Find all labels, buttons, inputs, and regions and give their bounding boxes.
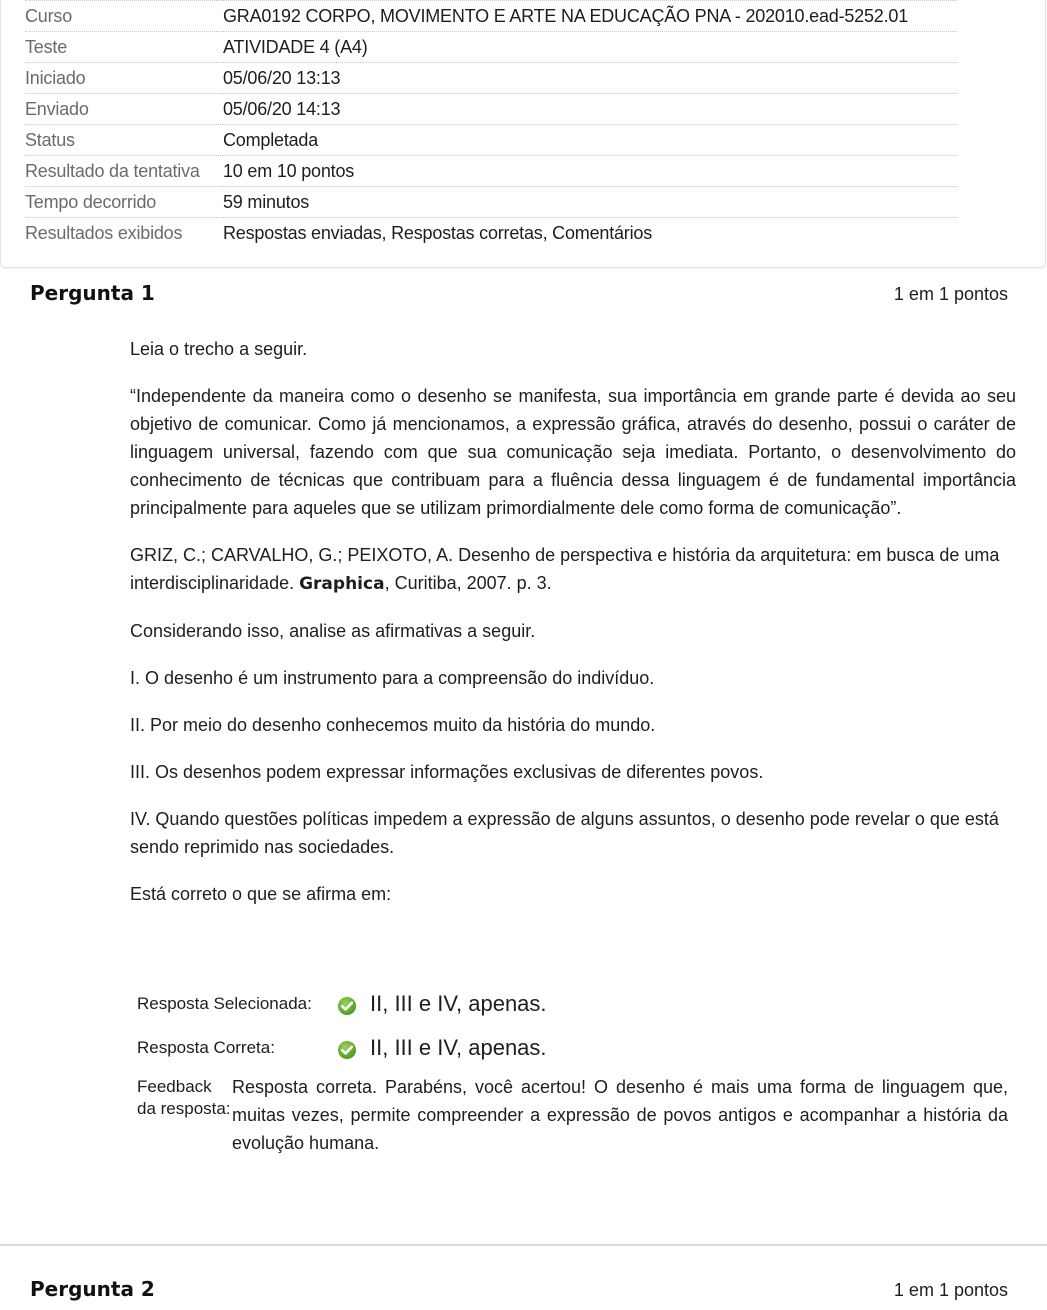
summary-row-resultado: Resultado da tentativa 10 em 10 pontos (25, 156, 957, 187)
question-2-header: Pergunta 2 1 em 1 pontos (30, 1277, 1008, 1301)
selected-answer-label: Resposta Selecionada: (137, 994, 337, 1014)
feedback-text: Resposta correta. Parabéns, você acertou… (232, 1073, 1008, 1157)
summary-row-teste: Teste ATIVIDADE 4 (A4) (25, 32, 957, 63)
question-points: 1 em 1 pontos (894, 1280, 1008, 1301)
question-title: Pergunta 1 (30, 281, 155, 305)
question-1-body: Leia o trecho a seguir. “Independente da… (130, 335, 1016, 927)
statement-1: I. O desenho é um instrumento para a com… (130, 664, 1016, 692)
summary-value: Respostas enviadas, Respostas corretas, … (223, 218, 957, 249)
summary-value: ATIVIDADE 4 (A4) (223, 32, 957, 63)
summary-value: 05/06/20 14:13 (223, 94, 957, 125)
summary-label: Iniciado (25, 63, 223, 94)
summary-label: Resultado da tentativa (25, 156, 223, 187)
summary-row-curso: Curso GRA0192 CORPO, MOVIMENTO E ARTE NA… (25, 1, 957, 32)
selected-answer-row: Resposta Selecionada: II, III e IV, apen… (137, 982, 1017, 1026)
statement-3: III. Os desenhos podem expressar informa… (130, 758, 1016, 786)
summary-row-tempo: Tempo decorrido 59 minutos (25, 187, 957, 218)
citation-text: GRIZ, C.; CARVALHO, G.; PEIXOTO, A. Dese… (130, 545, 999, 593)
question-1-answers: Resposta Selecionada: II, III e IV, apen… (137, 982, 1017, 1157)
selected-answer: II, III e IV, apenas. (337, 991, 547, 1017)
check-circle-icon (337, 1040, 357, 1060)
summary-value: GRA0192 CORPO, MOVIMENTO E ARTE NA EDUCA… (223, 1, 957, 32)
citation-text: , Curitiba, 2007. p. 3. (385, 573, 552, 593)
summary-value: 59 minutos (223, 187, 957, 218)
correct-answer: II, III e IV, apenas. (337, 1035, 547, 1061)
citation-journal: Graphica (299, 574, 384, 594)
attempt-summary-panel: Curso GRA0192 CORPO, MOVIMENTO E ARTE NA… (0, 0, 1046, 268)
question-citation: GRIZ, C.; CARVALHO, G.; PEIXOTO, A. Dese… (130, 541, 1016, 598)
summary-value: 10 em 10 pontos (223, 156, 957, 187)
summary-value: 05/06/20 13:13 (223, 63, 957, 94)
question-1-header: Pergunta 1 1 em 1 pontos (30, 281, 1008, 305)
question-prompt: Está correto o que se afirma em: (130, 880, 1016, 908)
question-divider (0, 1244, 1047, 1246)
summary-value: Completada (223, 125, 957, 156)
feedback-row: Feedback da resposta: Resposta correta. … (137, 1076, 1017, 1157)
summary-label: Curso (25, 1, 223, 32)
summary-row-enviado: Enviado 05/06/20 14:13 (25, 94, 957, 125)
summary-label: Teste (25, 32, 223, 63)
check-circle-icon (337, 996, 357, 1016)
question-quote: “Independente da maneira como o desenho … (130, 382, 1016, 522)
statement-2: II. Por meio do desenho conhecemos muito… (130, 711, 1016, 739)
summary-label: Tempo decorrido (25, 187, 223, 218)
summary-label: Enviado (25, 94, 223, 125)
question-title: Pergunta 2 (30, 1277, 155, 1301)
summary-label: Status (25, 125, 223, 156)
correct-answer-label: Resposta Correta: (137, 1038, 337, 1058)
summary-row-iniciado: Iniciado 05/06/20 13:13 (25, 63, 957, 94)
question-instruction: Considerando isso, analise as afirmativa… (130, 617, 1016, 645)
question-intro: Leia o trecho a seguir. (130, 335, 1016, 363)
correct-answer-text: II, III e IV, apenas. (370, 1035, 547, 1061)
question-points: 1 em 1 pontos (894, 284, 1008, 305)
summary-label: Resultados exibidos (25, 218, 223, 249)
feedback-label: Feedback da resposta: (137, 1076, 232, 1157)
attempt-summary-table: Curso GRA0192 CORPO, MOVIMENTO E ARTE NA… (25, 0, 957, 249)
statement-4: IV. Quando questões políticas impedem a … (130, 805, 1016, 861)
summary-row-status: Status Completada (25, 125, 957, 156)
summary-row-resultados-exibidos: Resultados exibidos Respostas enviadas, … (25, 218, 957, 249)
selected-answer-text: II, III e IV, apenas. (370, 991, 547, 1017)
correct-answer-row: Resposta Correta: II, III e IV, apenas. (137, 1026, 1017, 1070)
